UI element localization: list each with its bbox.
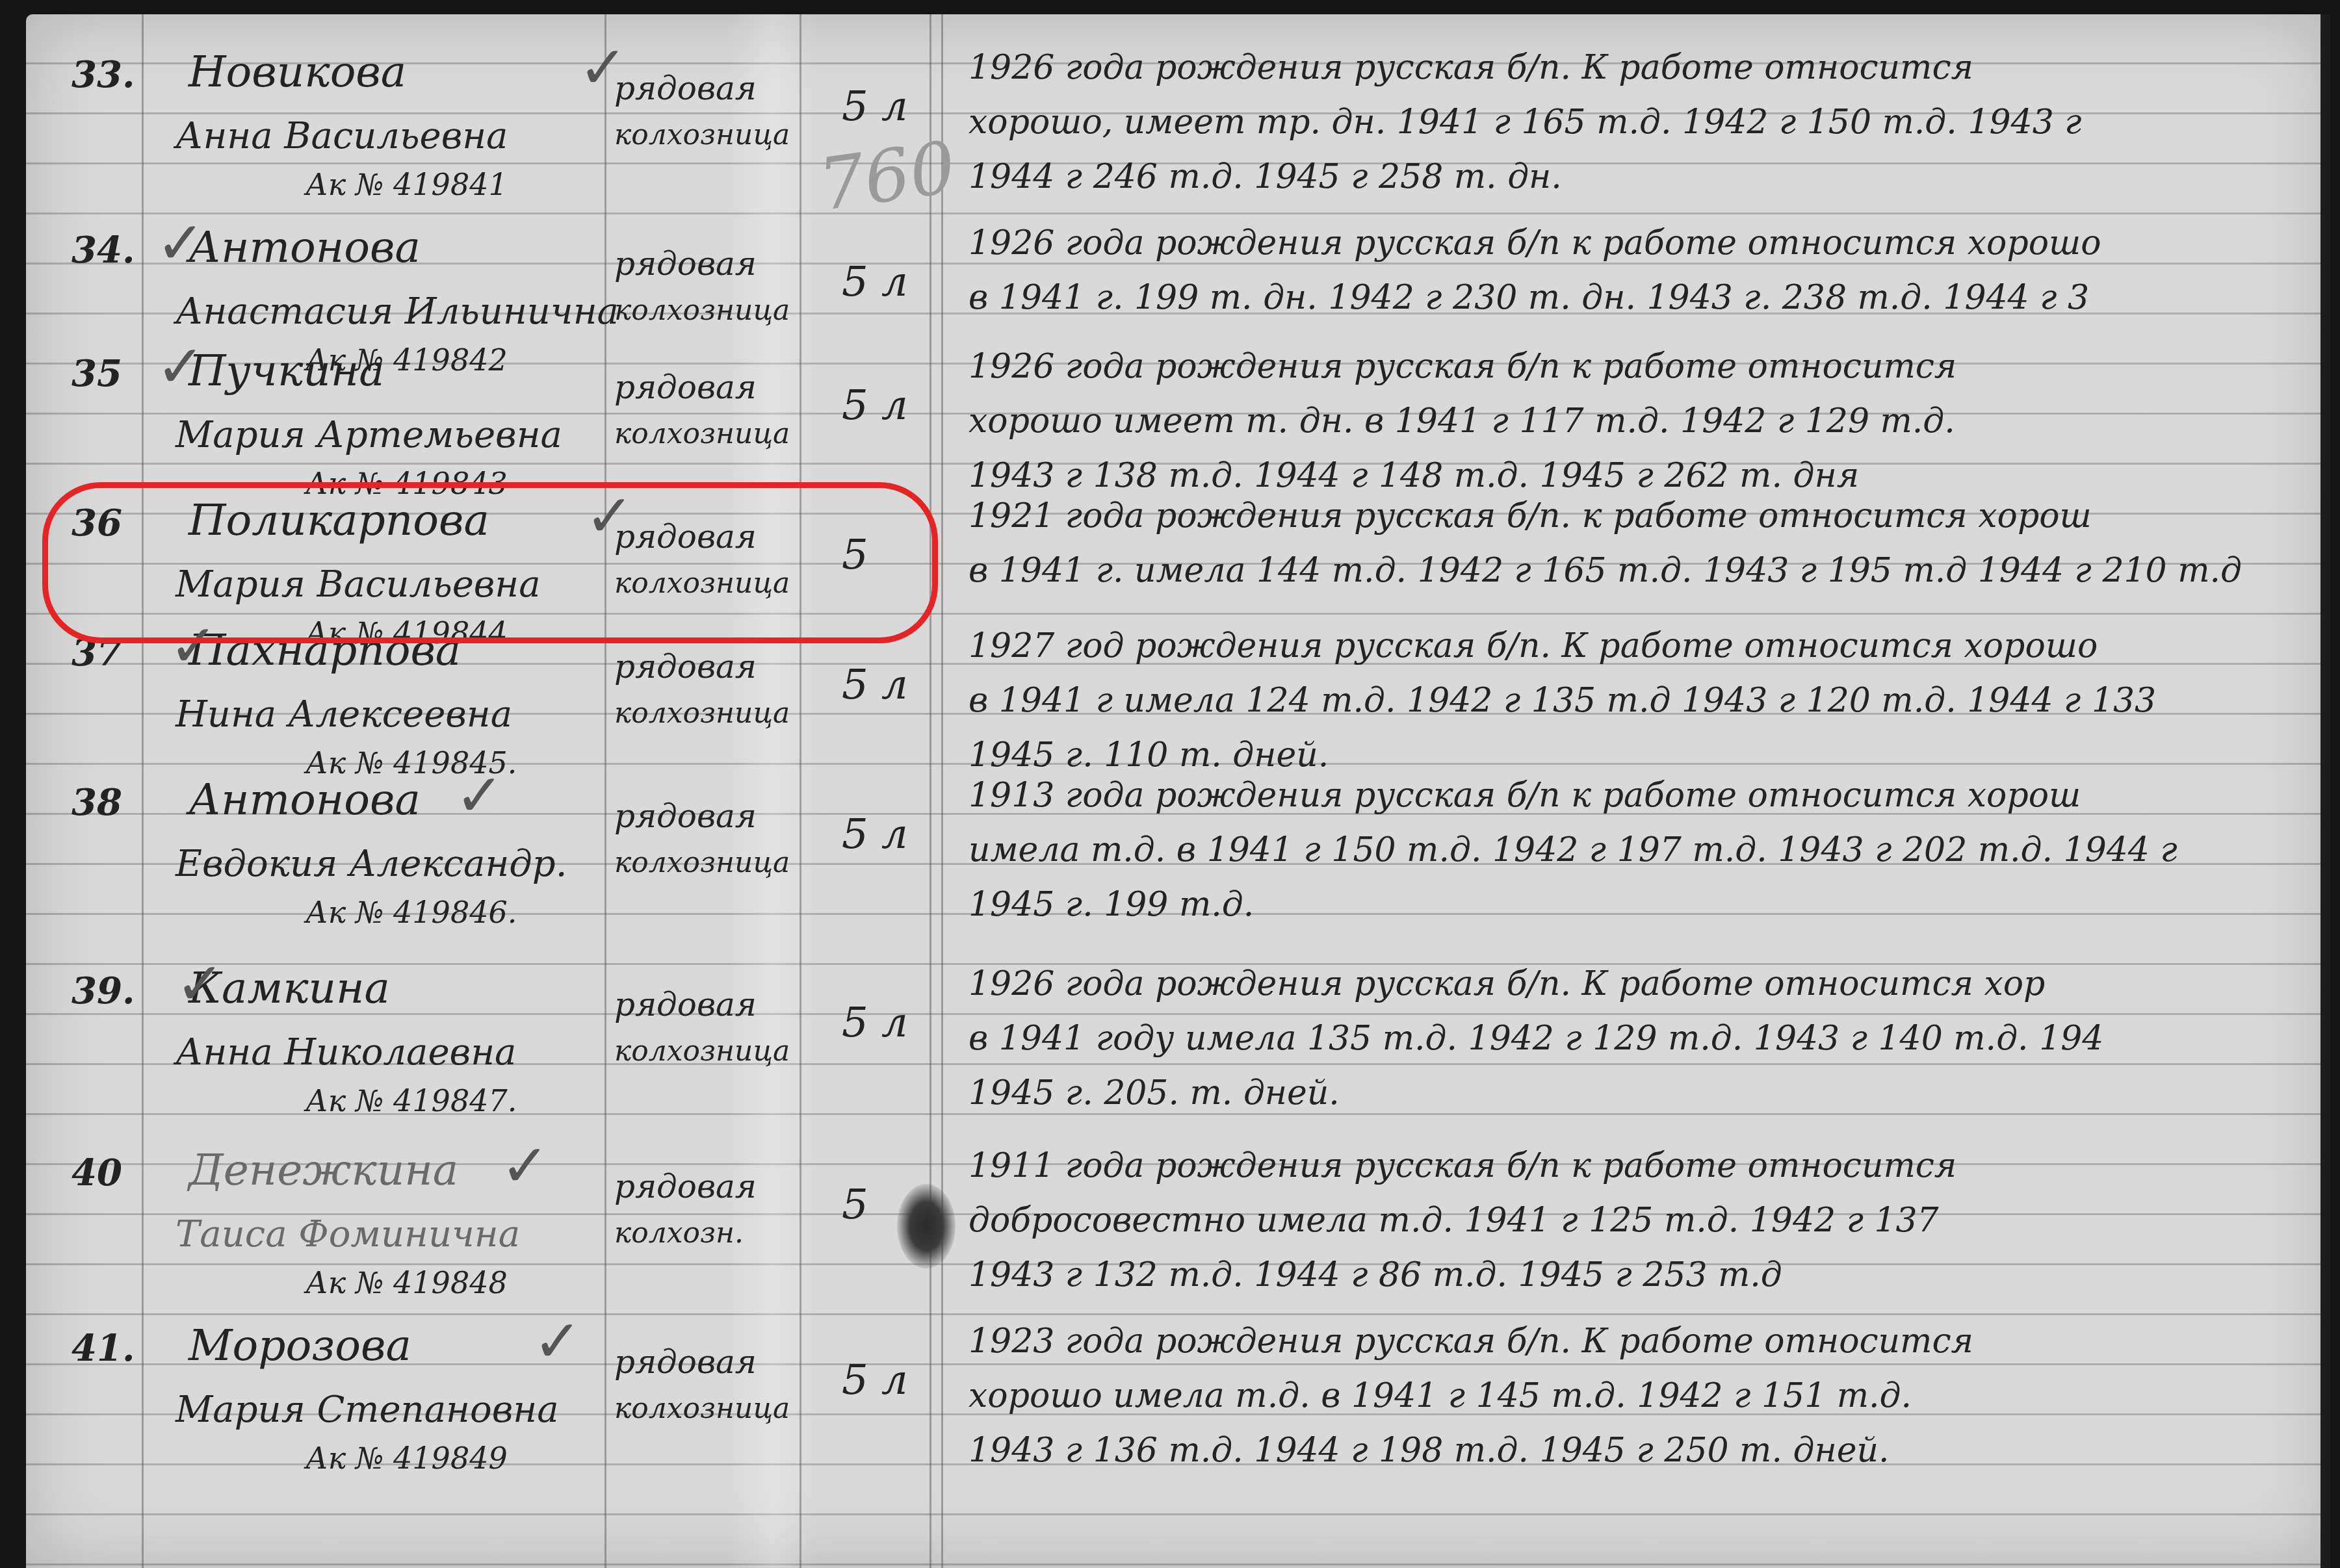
record-card-number: Ак № 419841 xyxy=(305,167,508,202)
column-divider xyxy=(799,14,801,1568)
record-role: рядовая xyxy=(614,70,757,107)
record-notes: 1911 года рождения русская б/п к работе … xyxy=(968,1138,2340,1302)
record-notes: 1926 года рождения русская б/п. К работе… xyxy=(968,957,2340,1120)
record-given-names: Анна Васильевна xyxy=(175,115,508,157)
record-term: 5 л xyxy=(842,999,908,1047)
record-surname: Новикова xyxy=(188,47,406,97)
record-card-number: Ак № 419849 xyxy=(305,1441,508,1476)
record-role-kolkhoz: колхозница xyxy=(614,846,790,879)
record-notes: 1927 год рождения русская б/п. К работе … xyxy=(968,619,2340,782)
record-note-line: 1913 года рождения русская б/п к работе … xyxy=(968,768,2340,823)
column-divider xyxy=(604,14,606,1568)
record-given-names: Мария Степановна xyxy=(175,1389,559,1431)
record-note-line: в 1941 г имела 124 т.д. 1942 г 135 т.д 1… xyxy=(968,673,2340,728)
record-note-line: 1943 г 132 т.д. 1944 г 86 т.д. 1945 г 25… xyxy=(968,1248,2340,1302)
record-surname: Пучкина xyxy=(188,346,385,396)
record-role: рядовая xyxy=(614,986,757,1023)
record-surname: Антонова xyxy=(188,222,421,272)
record-surname: Пахнарпова xyxy=(188,625,461,675)
record-given-names: Евдокия Александр. xyxy=(175,843,567,885)
record-term: 5 л xyxy=(842,661,908,709)
record-given-names: Таиса Фоминична xyxy=(175,1213,520,1255)
ink-blot xyxy=(897,1184,955,1268)
record-given-names: Анна Николаевна xyxy=(175,1031,516,1073)
check-mark-icon: ✓ xyxy=(175,950,224,1018)
record-note-line: 1921 года рождения русская б/п. к работе… xyxy=(968,489,2340,543)
record-number: 37 xyxy=(71,632,122,675)
record-number: 34. xyxy=(71,229,135,272)
column-divider xyxy=(941,14,943,1568)
ledger-page: 760 33. Новикова ✓ Анна Васильевна Ак № … xyxy=(26,14,2330,1568)
record-note-line: 1926 года рождения русская б/п. К работе… xyxy=(968,40,2340,95)
record-number: 38 xyxy=(71,781,122,824)
record-note-line: 1926 года рождения русская б/п. К работе… xyxy=(968,957,2340,1011)
record-role-kolkhoz: колхозница xyxy=(614,1392,790,1425)
record-given-names: Нина Алексеевна xyxy=(175,693,512,736)
record-notes: 1926 года рождения русская б/п. К работе… xyxy=(968,40,2340,204)
record-number: 35 xyxy=(71,352,122,395)
record-role: рядовая xyxy=(614,648,757,686)
record-surname: Антонова xyxy=(188,775,421,825)
record-term: 5 л xyxy=(842,381,908,430)
record-note-line: 1943 г 136 т.д. 1944 г 198 т.д. 1945 г 2… xyxy=(968,1423,2340,1478)
record-card-number: Ак № 419848 xyxy=(305,1265,508,1300)
record-note-line: в 1941 г. 199 т. дн. 1942 г 230 т. дн. 1… xyxy=(968,270,2340,325)
record-note-line: имела т.д. в 1941 г 150 т.д. 1942 г 197 … xyxy=(968,823,2340,877)
record-notes: 1926 года рождения русская б/п к работе … xyxy=(968,339,2340,503)
record-note-line: в 1941 г. имела 144 т.д. 1942 г 165 т.д.… xyxy=(968,543,2340,598)
record-given-names: Анастасия Ильинична xyxy=(175,290,619,333)
record-term: 5 л xyxy=(842,258,908,306)
record-term: 5 xyxy=(842,1181,868,1229)
record-note-line: 1926 года рождения русская б/п к работе … xyxy=(968,339,2340,394)
record-term: 5 л xyxy=(842,83,908,131)
record-number: 39. xyxy=(71,970,135,1012)
record-card-number: Ак № 419847. xyxy=(305,1083,517,1118)
record-role: рядовая xyxy=(614,797,757,835)
record-term: 5 xyxy=(842,531,868,579)
record-given-names: Мария Васильевна xyxy=(175,563,541,606)
record-term: 5 л xyxy=(842,1356,908,1404)
record-role-kolkhoz: колхозница xyxy=(614,417,790,450)
column-divider xyxy=(929,14,931,1568)
record-notes: 1913 года рождения русская б/п к работе … xyxy=(968,768,2340,932)
record-note-line: 1945 г. 199 т.д. xyxy=(968,877,2340,932)
record-role-kolkhoz: колхозн. xyxy=(614,1216,744,1250)
record-note-line: 1927 год рождения русская б/п. К работе … xyxy=(968,619,2340,673)
check-mark-icon: ✓ xyxy=(169,612,218,680)
record-number: 36 xyxy=(71,502,122,545)
record-given-names: Мария Артемьевна xyxy=(175,414,562,456)
record-role: рядовая xyxy=(614,368,757,406)
record-note-line: добросовестно имела т.д. 1941 г 125 т.д.… xyxy=(968,1193,2340,1248)
record-notes: 1921 года рождения русская б/п. к работе… xyxy=(968,489,2340,598)
record-note-line: в 1941 году имела 135 т.д. 1942 г 129 т.… xyxy=(968,1011,2340,1066)
record-note-line: 1926 года рождения русская б/п к работе … xyxy=(968,216,2340,270)
record-role-kolkhoz: колхозница xyxy=(614,567,790,600)
record-surname: Поликарпова xyxy=(188,495,489,545)
record-role-kolkhoz: колхозница xyxy=(614,118,790,151)
check-mark-icon: ✓ xyxy=(156,333,205,401)
record-note-line: 1923 года рождения русская б/п. К работе… xyxy=(968,1314,2340,1369)
record-note-line: 1945 г. 205. т. дней. xyxy=(968,1066,2340,1120)
record-role-kolkhoz: колхозница xyxy=(614,1035,790,1068)
record-surname: Морозова xyxy=(188,1320,411,1370)
record-note-line: хорошо имеет т. дн. в 1941 г 117 т.д. 19… xyxy=(968,394,2340,448)
record-note-line: хорошо имела т.д. в 1941 г 145 т.д. 1942… xyxy=(968,1369,2340,1423)
record-term: 5 л xyxy=(842,810,908,858)
record-number: 33. xyxy=(71,53,135,96)
record-notes: 1923 года рождения русская б/п. К работе… xyxy=(968,1314,2340,1478)
record-role-kolkhoz: колхозница xyxy=(614,294,790,327)
record-card-number: Ак № 419846. xyxy=(305,895,517,930)
record-role-kolkhoz: колхозница xyxy=(614,697,790,730)
record-number: 40 xyxy=(71,1151,122,1194)
record-role: рядовая xyxy=(614,518,757,556)
record-note-line: 1944 г 246 т.д. 1945 г 258 т. дн. xyxy=(968,149,2340,204)
record-role: рядовая xyxy=(614,1343,757,1381)
record-role: рядовая xyxy=(614,245,757,283)
margin-mark: 760 xyxy=(814,125,961,227)
record-surname: Денежкина xyxy=(188,1145,458,1195)
check-mark-icon: ✓ xyxy=(156,209,205,277)
check-mark-icon: ✓ xyxy=(455,762,504,830)
record-role: рядовая xyxy=(614,1168,757,1205)
record-note-line: 1911 года рождения русская б/п к работе … xyxy=(968,1138,2340,1193)
record-number: 41. xyxy=(71,1327,135,1370)
check-mark-icon: ✓ xyxy=(500,1132,549,1200)
check-mark-icon: ✓ xyxy=(533,1307,582,1376)
record-notes: 1926 года рождения русская б/п к работе … xyxy=(968,216,2340,325)
record-note-line: хорошо, имеет тр. дн. 1941 г 165 т.д. 19… xyxy=(968,95,2340,149)
column-divider xyxy=(142,14,144,1568)
